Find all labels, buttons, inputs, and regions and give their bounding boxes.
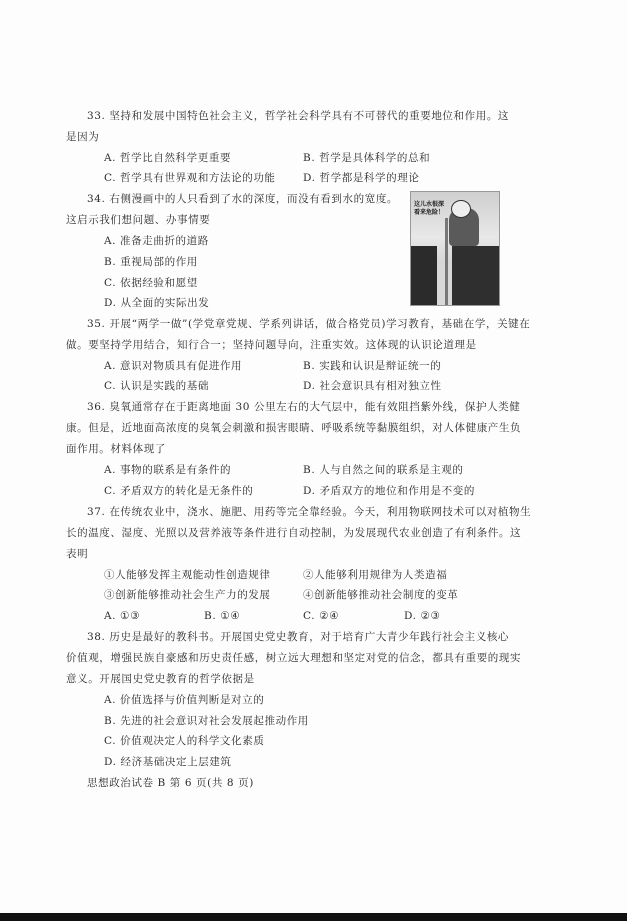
q37-stem: 37. 在传统农业中，浇水、施肥、用药等完全靠经验。今天，利用物联网技术可以对植… <box>87 505 531 519</box>
q34-option-c: C. 依据经验和愿望 <box>104 276 198 290</box>
q37-stem-cont2: 表明 <box>66 547 88 561</box>
q38-stem-cont2: 意义。开展国史党史教育的哲学依据是 <box>66 672 255 686</box>
q37-option-a: A. ①③ <box>104 609 140 623</box>
q38-option-d: D. 经济基础决定上层建筑 <box>104 755 232 769</box>
q36-option-d: D. 矛盾双方的地位和作用是不变的 <box>303 484 475 498</box>
q33-option-d: D. 哲学都是科学的理论 <box>303 171 419 185</box>
page-footer: 思想政治试卷 B 第 6 页(共 8 页) <box>87 776 254 790</box>
q38-option-b: B. 先进的社会意识对社会发展起推动作用 <box>104 714 309 728</box>
q34-stem-cont: 这启示我们想问题、办事情要 <box>66 213 210 227</box>
q38-option-a: A. 价值选择与价值判断是对立的 <box>104 693 264 707</box>
q33-stem-cont: 是因为 <box>66 130 99 144</box>
q37-stem-cont: 长的温度、湿度、光照以及营养液等条件进行自动控制，为发展现代农业创造了有利条件。… <box>66 526 521 540</box>
q35-option-b: B. 实践和认识是辩证统一的 <box>303 359 441 373</box>
q36-stem: 36. 臭氧通常存在于距离地面 30 公里左右的大气层中，能有效阻挡紫外线，保护… <box>87 400 520 414</box>
q35-stem: 35. 开展“两学一做”(学党章党规、学系列讲话，做合格党员)学习教育，基础在学… <box>87 317 530 331</box>
q35-stem-cont: 做。要坚持学用结合，知行合一；坚持问题导向，注重实效。这体现的认识论道理是 <box>66 338 477 352</box>
q35-option-c: C. 认识是实践的基础 <box>104 379 209 393</box>
q36-option-a: A. 事物的联系是有条件的 <box>104 463 231 477</box>
q37-statement-1: ①人能够发挥主观能动性创造规律 <box>104 568 271 582</box>
cartoon-image: 这儿水很深 看来危险！ <box>410 191 500 306</box>
q37-statement-4: ④创新能够推动社会制度的变革 <box>303 588 458 602</box>
cartoon-pole <box>445 218 448 305</box>
q34-option-b: B. 重视局部的作用 <box>104 255 198 269</box>
q37-statement-3: ③创新能够推动社会生产力的发展 <box>104 588 271 602</box>
q33-stem: 33. 坚持和发展中国特色社会主义，哲学社会科学具有不可替代的重要地位和作用。这 <box>87 109 509 123</box>
q37-statement-2: ②人能够利用规律为人类造福 <box>303 568 447 582</box>
exam-page: 33. 坚持和发展中国特色社会主义，哲学社会科学具有不可替代的重要地位和作用。这… <box>0 0 627 921</box>
q35-option-a: A. 意识对物质具有促进作用 <box>104 359 242 373</box>
q38-stem: 38. 历史是最好的教科书。开展国史党史教育，对于培育广大青少年践行社会主义核心 <box>87 630 509 644</box>
q34-stem: 34. 右侧漫画中的人只看到了水的深度，而没有看到水的宽度。 <box>87 192 398 206</box>
q33-option-c: C. 哲学具有世界观和方法论的功能 <box>104 171 276 185</box>
scan-edge <box>0 913 627 921</box>
cartoon-wall-left <box>411 246 437 305</box>
q36-stem-cont2: 面作用。材料体现了 <box>66 442 166 456</box>
q34-option-a: A. 准备走曲折的道路 <box>104 234 209 248</box>
q33-option-b: B. 哲学是具体科学的总和 <box>303 151 430 165</box>
cartoon-head <box>451 200 471 218</box>
q36-option-b: B. 人与自然之间的联系是主观的 <box>303 463 464 477</box>
q37-option-b: B. ①④ <box>204 609 240 623</box>
q38-stem-cont: 价值观，增强民族自豪感和历史责任感，树立远大理想和坚定对党的信念，都具有重要的现… <box>66 651 521 665</box>
q38-option-c: C. 价值观决定人的科学文化素质 <box>104 734 264 748</box>
q34-option-d: D. 从全面的实际出发 <box>104 296 209 310</box>
q37-option-d: D. ②③ <box>404 609 441 623</box>
q33-option-a: A. 哲学比自然科学更重要 <box>104 151 231 165</box>
q37-option-c: C. ②④ <box>303 609 339 623</box>
cartoon-wall-right <box>452 246 499 305</box>
q36-stem-cont: 康。但是，近地面高浓度的臭氧会刺激和损害眼睛、呼吸系统等黏膜组织，对人体健康产生… <box>66 421 521 435</box>
cartoon-caption: 这儿水很深 看来危险！ <box>414 201 444 217</box>
q36-option-c: C. 矛盾双方的转化是无条件的 <box>104 484 253 498</box>
q35-option-d: D. 社会意识具有相对独立性 <box>303 379 442 393</box>
